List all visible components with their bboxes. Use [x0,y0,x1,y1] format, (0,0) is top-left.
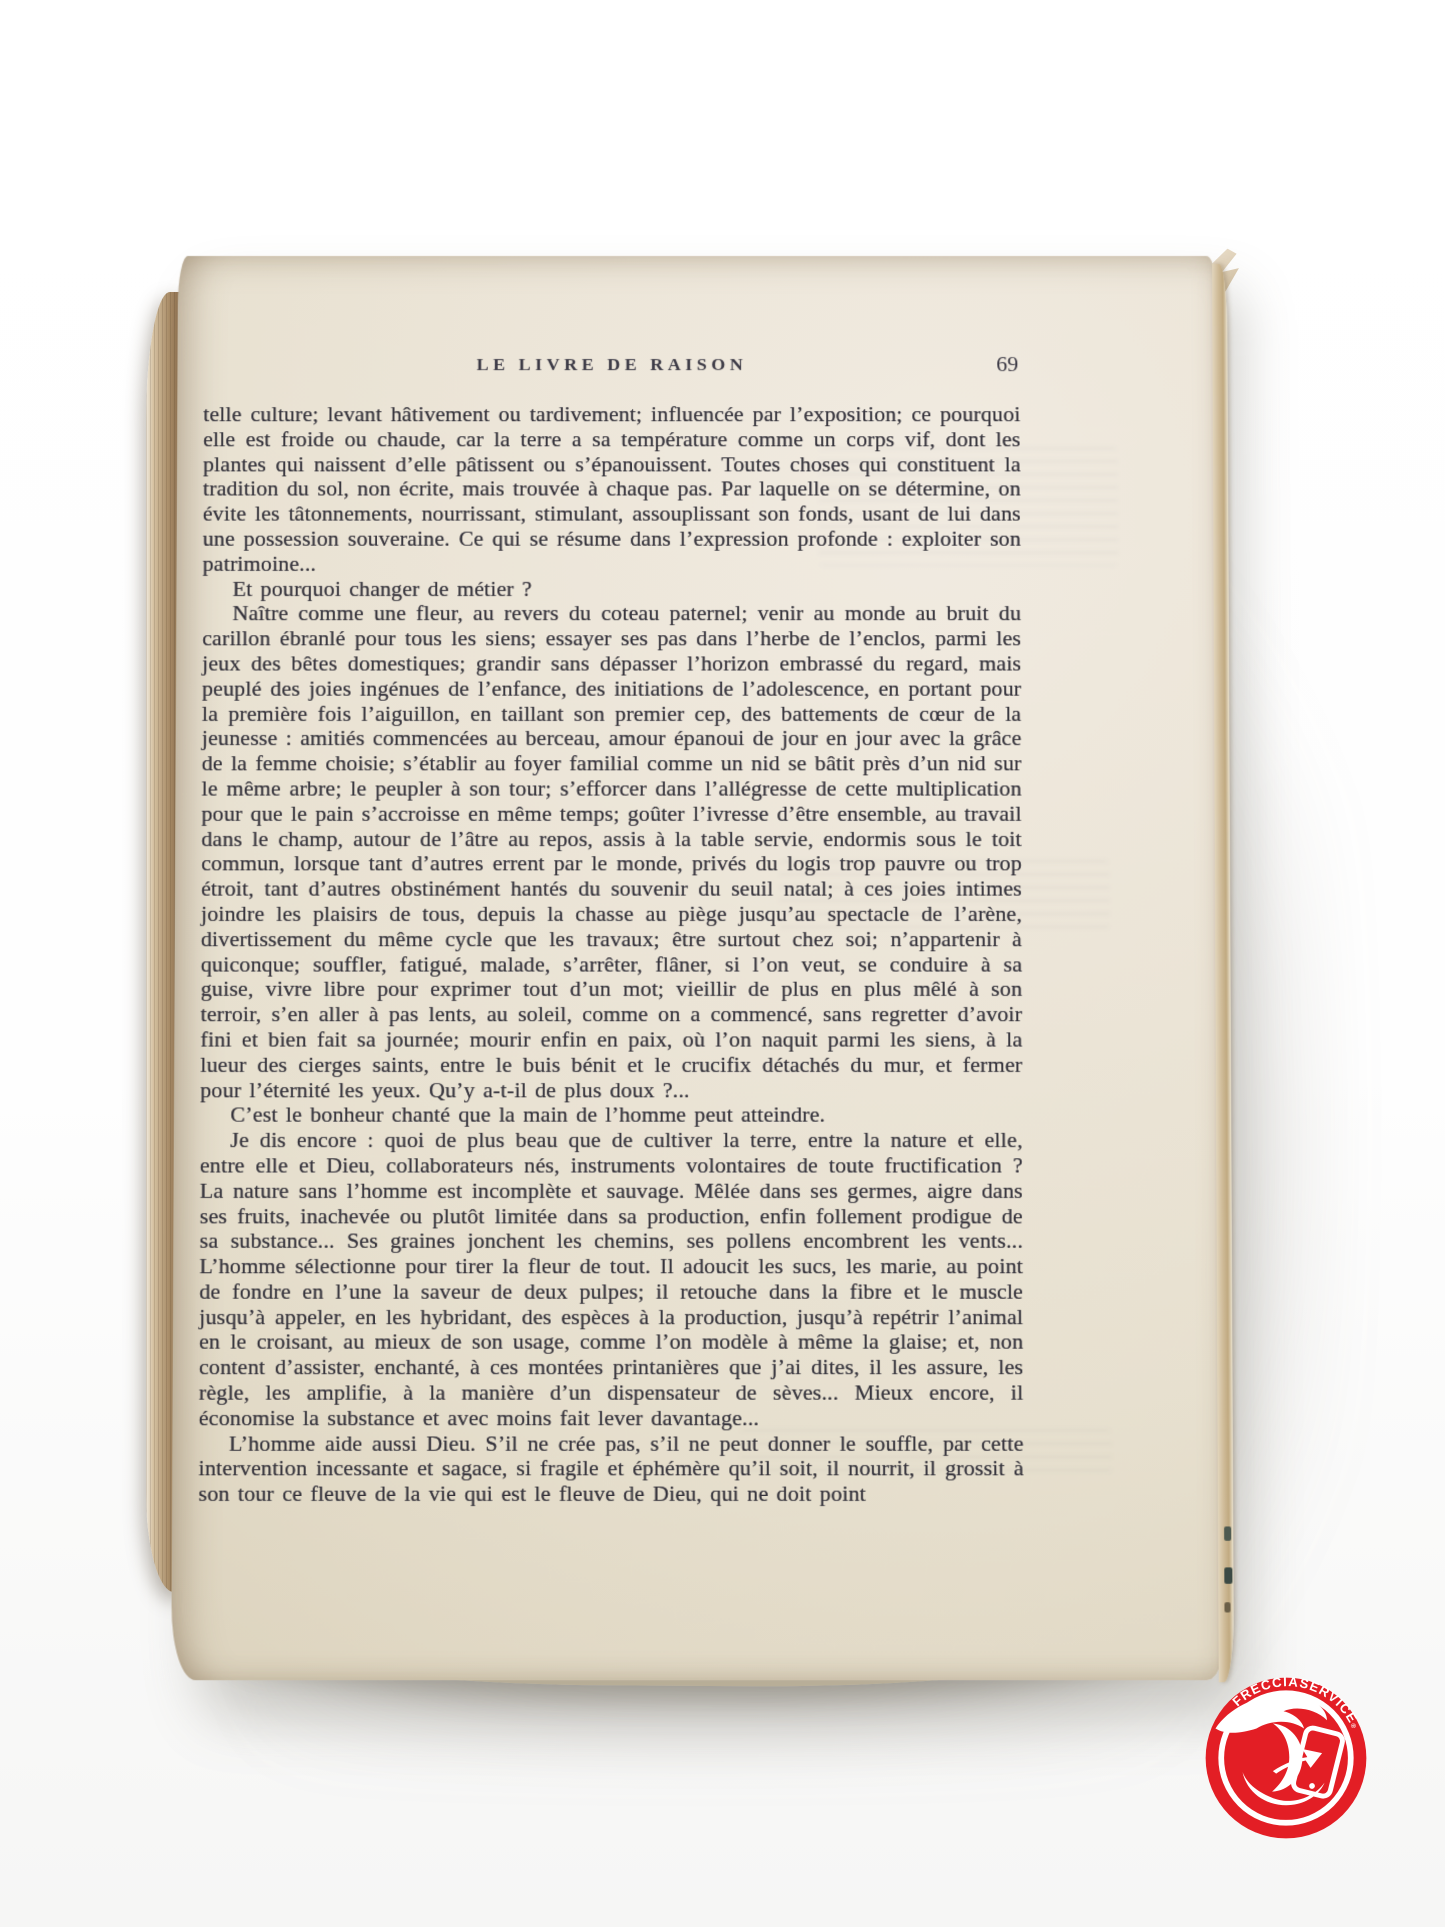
page-content: LE LIVRE DE RAISON 69 telle culture; lev… [198,354,1023,1507]
book-page: LE LIVRE DE RAISON 69 telle culture; lev… [171,256,1221,1680]
running-head: LE LIVRE DE RAISON 69 [203,354,1020,386]
page-title: LE LIVRE DE RAISON [203,354,1020,374]
photo-background: LE LIVRE DE RAISON 69 telle culture; lev… [0,0,1445,1927]
page-edge-fleck [1224,1526,1231,1540]
paragraph: L’homme aide aussi Dieu. S’il ne crée pa… [198,1431,1023,1507]
page-edge-fleck [1224,1567,1232,1583]
page-edge-fleck [1224,1602,1230,1612]
paragraph: Et pourquoi changer de métier ? [202,576,1021,601]
paragraph: Naître comme une fleur, au revers du cot… [200,601,1022,1102]
body-text: telle culture; levant hâtivement ou tard… [198,402,1023,1507]
paragraph: Je dis encore : quoi de plus beau que de… [199,1128,1024,1431]
paragraph: C’est le bonheur chanté que la main de l… [200,1103,1023,1128]
freccia-service-logo: FRECCIASERVICE® [1204,1676,1368,1840]
page-number: 69 [996,351,1018,377]
paragraph: telle culture; levant hâtivement ou tard… [203,402,1021,576]
